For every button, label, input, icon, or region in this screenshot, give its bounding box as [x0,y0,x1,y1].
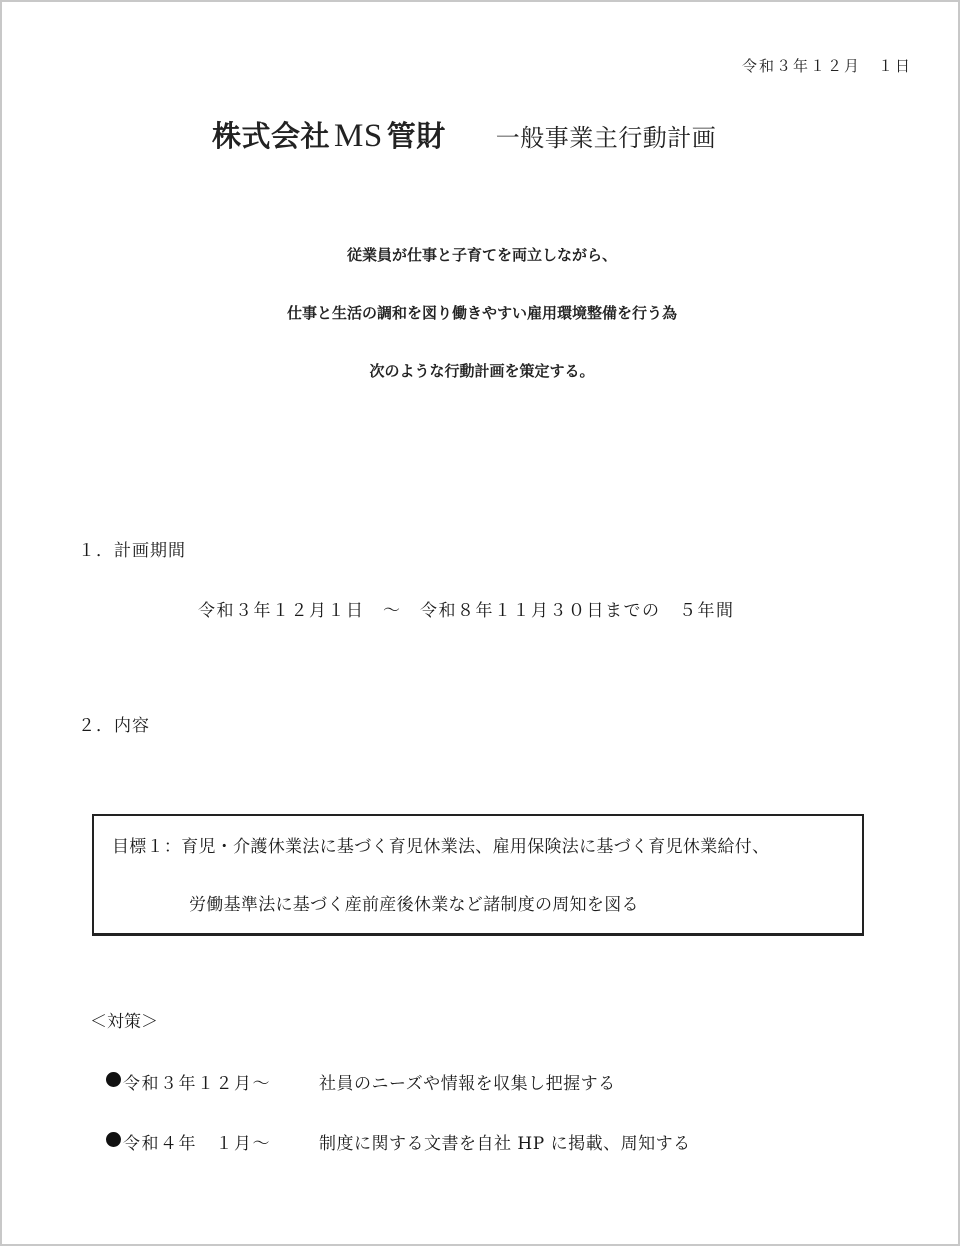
measure-item: 令和４年 １月～ 制度に関する文書を自社 HP に掲載、周知する [106,1129,691,1154]
measure-when: 令和３年１２月～ [123,1069,319,1094]
company-ms: MS [334,118,383,154]
goal-box: 目標１：育児・介護休業法に基づく育児休業法、雇用保険法に基づく育児休業給付、 労… [92,814,864,936]
document-title-row: 株式会社MS管財 一般事業主行動計画 [212,114,716,155]
goal-line-2: 労働基準法に基づく産前産後休業など諸制度の周知を図る [189,890,639,915]
plan-period-text: 令和３年１２月１日 ～ 令和８年１１月３０日までの ５年間 [198,596,735,621]
document-date: 令和３年１２月 １日 [742,55,912,76]
measure-what: 社員のニーズや情報を収集し把握する [319,1069,616,1094]
measures-heading: ＜対策＞ [90,1007,158,1032]
bullet-icon [106,1072,121,1087]
goal-line-1: 目標１：育児・介護休業法に基づく育児休業法、雇用保険法に基づく育児休業給付、 [112,832,769,857]
document-page: 令和３年１２月 １日 株式会社MS管財 一般事業主行動計画 従業員が仕事と子育て… [0,0,960,1246]
measure-item: 令和３年１２月～ 社員のニーズや情報を収集し把握する [106,1069,616,1094]
plan-title: 一般事業主行動計画 [496,118,717,153]
bullet-icon [106,1132,121,1147]
company-name: 株式会社MS管財 [212,114,446,155]
intro-line-2: 仕事と生活の調和を図り働きやすい雇用環境整備を行う為 [2,302,960,323]
company-prefix: 株式会社 [212,119,330,153]
intro-line-3: 次のような行動計画を策定する。 [2,360,960,381]
intro-line-1: 従業員が仕事と子育てを両立しながら、 [2,244,960,265]
measure-when: 令和４年 １月～ [123,1129,319,1154]
company-suffix: 管財 [387,119,446,153]
section-heading-plan-period: １．計画期間 [78,536,186,561]
section-heading-contents: ２．内容 [78,711,150,736]
measure-what: 制度に関する文書を自社 HP に掲載、周知する [319,1129,691,1154]
